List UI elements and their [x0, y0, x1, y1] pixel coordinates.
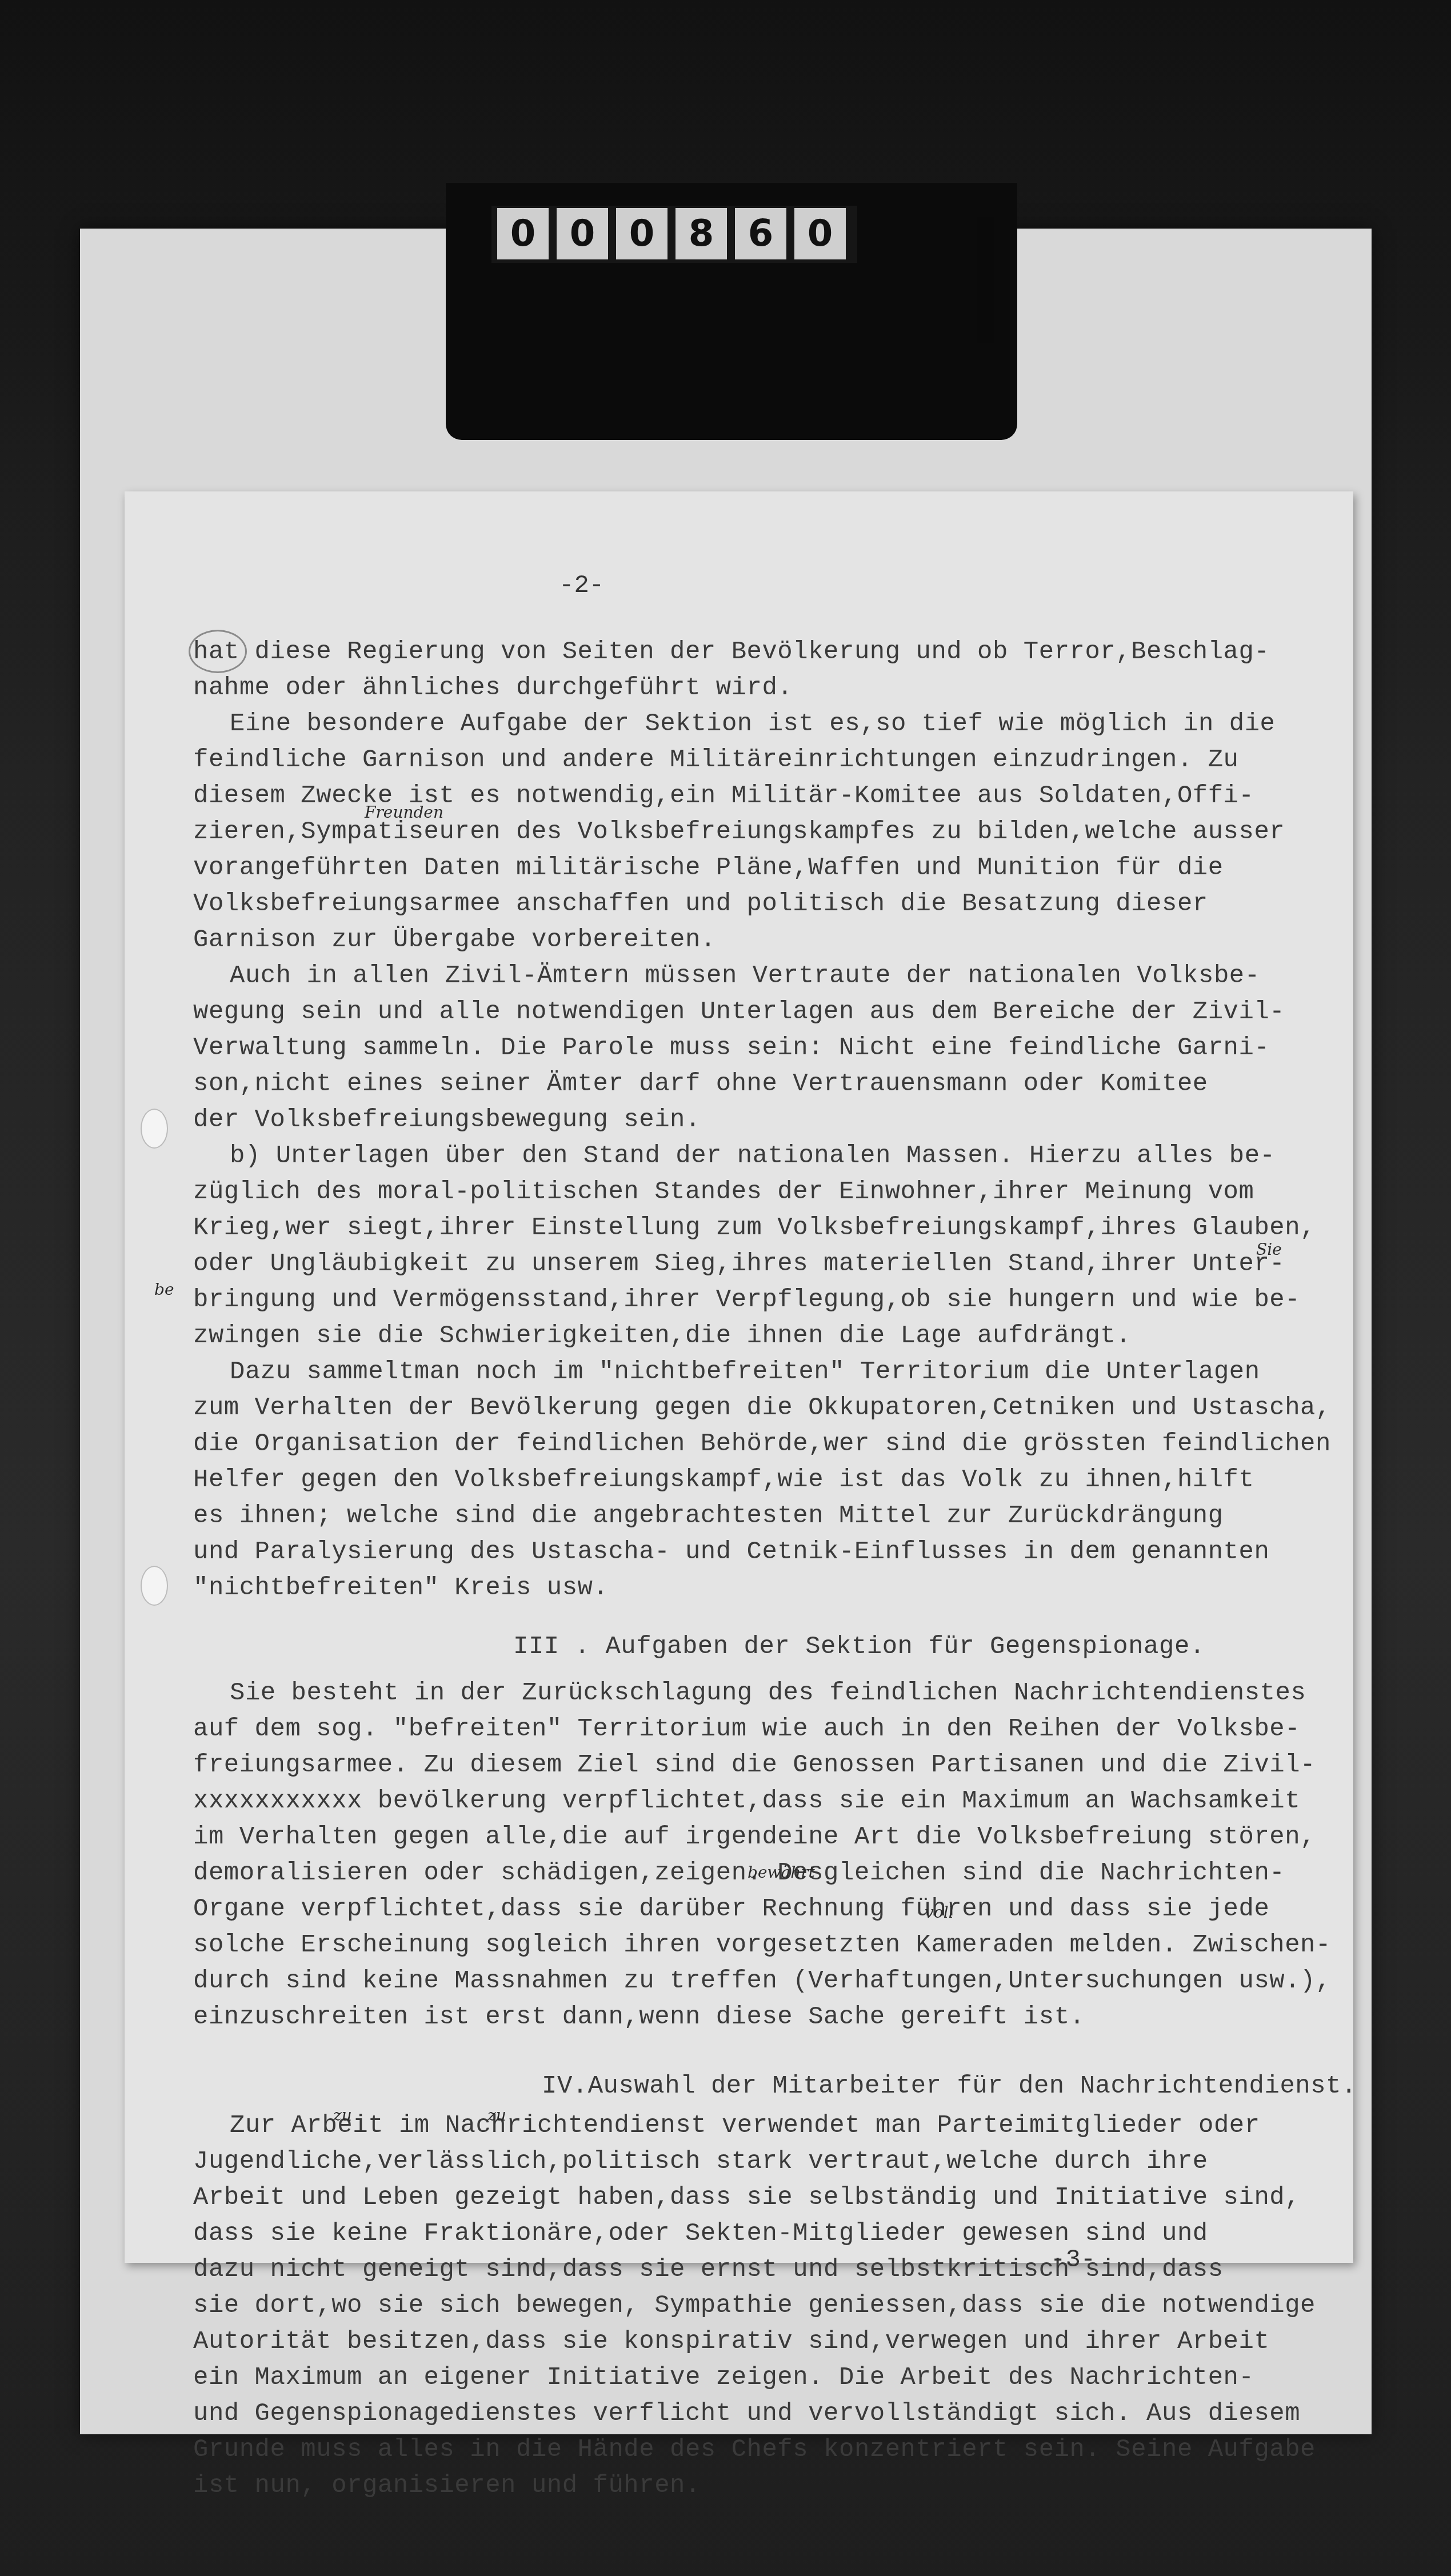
counter-digit: 6: [735, 208, 786, 259]
paragraph-iii: Sie besteht in der Zurückschlagung des f…: [193, 1675, 1302, 2035]
handwritten-annotation: zu: [333, 2106, 352, 2125]
handwritten-annotation: Freunden: [365, 803, 443, 822]
text-line: durch sind keine Massnahmen zu treffen (…: [193, 1963, 1302, 1999]
text-line: Arbeit und Leben gezeigt haben,dass sie …: [193, 2180, 1302, 2216]
text-line: feindliche Garnison und andere Militärei…: [193, 742, 1302, 778]
text-line: nahme oder ähnliches durchgeführt wird.: [193, 670, 1302, 706]
paragraph-zivil: Auch in allen Zivil-Ämtern müssen Vertra…: [193, 958, 1302, 1138]
text-line: einzuschreiten ist erst dann,wenn diese …: [193, 1999, 1302, 2035]
frame-counter: 0 0 0 8 6 0: [491, 206, 857, 263]
text-line: vorangeführten Daten militärische Pläne,…: [193, 850, 1302, 886]
page-number-bottom: -3-: [1050, 2246, 1096, 2274]
text-line: Jugendliche,verlässlich,politisch stark …: [193, 2144, 1302, 2180]
section-heading-iii: III . Aufgaben der Sektion für Gegenspio…: [193, 1629, 1302, 1665]
text-line: und Gegenspionagedienstes verflicht und …: [193, 2396, 1302, 2432]
text-line: Sie besteht in der Zurückschlagung des f…: [193, 1675, 1302, 1711]
handwritten-annotation: bewährt: [748, 1863, 815, 1882]
text-line: ein Maximum an eigener Initiative zeigen…: [193, 2360, 1302, 2396]
text-line: sie dort,wo sie sich bewegen, Sympathie …: [193, 2288, 1302, 2324]
text-line: die Organisation der feindlichen Behörde…: [193, 1426, 1302, 1462]
text-line: zwingen sie die Schwierigkeiten,die ihne…: [193, 1318, 1302, 1354]
paragraph-intro: hat diese Regierung von Seiten der Bevöl…: [193, 634, 1302, 706]
text-line: Organe verpflichtet,dass sie darüber Rec…: [193, 1891, 1302, 1927]
counter-digit: 8: [675, 208, 727, 259]
text-line: xxxxxxxxxxx bevölkerung verpflichtet,das…: [193, 1783, 1302, 1819]
text-line: oder Ungläubigkeit zu unserem Sieg,ihres…: [193, 1246, 1302, 1282]
text-line: Autorität besitzen,dass sie konspirativ …: [193, 2324, 1302, 2360]
text-line: Verwaltung sammeln. Die Parole muss sein…: [193, 1030, 1302, 1066]
punch-hole: [141, 1566, 168, 1606]
typed-document-page: -2- hat diese Regierung von Seiten der B…: [125, 491, 1353, 2263]
text-line: diesem Zwecke ist es notwendig,ein Milit…: [193, 778, 1302, 814]
text-line: Eine besondere Aufgabe der Sektion ist e…: [193, 706, 1302, 742]
section-heading-iv: IV.Auswahl der Mitarbeiter für den Nachr…: [193, 2069, 1302, 2105]
handwritten-annotation: zu: [487, 2106, 506, 2125]
paragraph-b: b) Unterlagen über den Stand der nationa…: [193, 1138, 1302, 1354]
text-line: im Verhalten gegen alle,die auf irgendei…: [193, 1819, 1302, 1855]
text-line: Krieg,wer siegt,ihrer Einstellung zum Vo…: [193, 1210, 1302, 1246]
text-line: Volksbefreiungsarmee anschaffen und poli…: [193, 886, 1302, 922]
counter-digit: 0: [794, 208, 846, 259]
paragraph-sektion: Eine besondere Aufgabe der Sektion ist e…: [193, 706, 1302, 958]
document-body: hat diese Regierung von Seiten der Bevöl…: [193, 634, 1302, 2504]
text-line: der Volksbefreiungsbewegung sein.: [193, 1102, 1302, 1138]
counter-digit: 0: [497, 208, 549, 259]
text-line: "nichtbefreiten" Kreis usw.: [193, 1570, 1302, 1606]
text-line: zum Verhalten der Bevölkerung gegen die …: [193, 1390, 1302, 1426]
text-line: es ihnen; welche sind die angebrachteste…: [193, 1498, 1302, 1534]
counter-digit: 0: [616, 208, 667, 259]
text-line: bringung und Vermögensstand,ihrer Verpfl…: [193, 1282, 1302, 1318]
text-line: und Paralysierung des Ustascha- und Cetn…: [193, 1534, 1302, 1570]
text-line: ist nun, organisieren und führen.: [193, 2468, 1302, 2504]
text-line: freiungsarmee. Zu diesem Ziel sind die G…: [193, 1747, 1302, 1783]
frame-counter-clip: [977, 217, 994, 343]
counter-digit: 0: [557, 208, 608, 259]
punch-hole: [141, 1109, 168, 1149]
text-line: auf dem sog. "befreiten" Territorium wie…: [193, 1711, 1302, 1747]
handwritten-annotation: voll: [925, 1903, 954, 1922]
paragraph-iv: Zur Arbeit im Nachrichtendienst verwende…: [193, 2108, 1302, 2504]
handwritten-annotation: Sie: [1256, 1240, 1282, 1259]
paragraph-dazu: Dazu sammeltman noch im "nichtbefreiten"…: [193, 1354, 1302, 1606]
text-line: dass sie keine Fraktionäre,oder Sekten-M…: [193, 2216, 1302, 2252]
text-line: dazu nicht geneigt sind,dass sie ernst u…: [193, 2252, 1302, 2288]
handwritten-annotation: be: [154, 1280, 174, 1299]
text-line: züglich des moral-politischen Standes de…: [193, 1174, 1302, 1210]
text-line: Zur Arbeit im Nachrichtendienst verwende…: [193, 2108, 1302, 2144]
text-line: Dazu sammeltman noch im "nichtbefreiten"…: [193, 1354, 1302, 1390]
text-line: son,nicht eines seiner Ämter darf ohne V…: [193, 1066, 1302, 1102]
text-line: b) Unterlagen über den Stand der nationa…: [193, 1138, 1302, 1174]
text-line: Garnison zur Übergabe vorbereiten.: [193, 922, 1302, 958]
text-line: Grunde muss alles in die Hände des Chefs…: [193, 2432, 1302, 2468]
page-number-top: -2-: [559, 571, 604, 600]
text-line: Auch in allen Zivil-Ämtern müssen Vertra…: [193, 958, 1302, 994]
text-line: hat diese Regierung von Seiten der Bevöl…: [193, 634, 1302, 670]
text-line: wegung sein und alle notwendigen Unterla…: [193, 994, 1302, 1030]
text-line: zieren,Sympatiseuren des Volksbefreiungs…: [193, 814, 1302, 850]
text-line: Helfer gegen den Volksbefreiungskampf,wi…: [193, 1462, 1302, 1498]
text-line: solche Erscheinung sogleich ihren vorges…: [193, 1927, 1302, 1963]
